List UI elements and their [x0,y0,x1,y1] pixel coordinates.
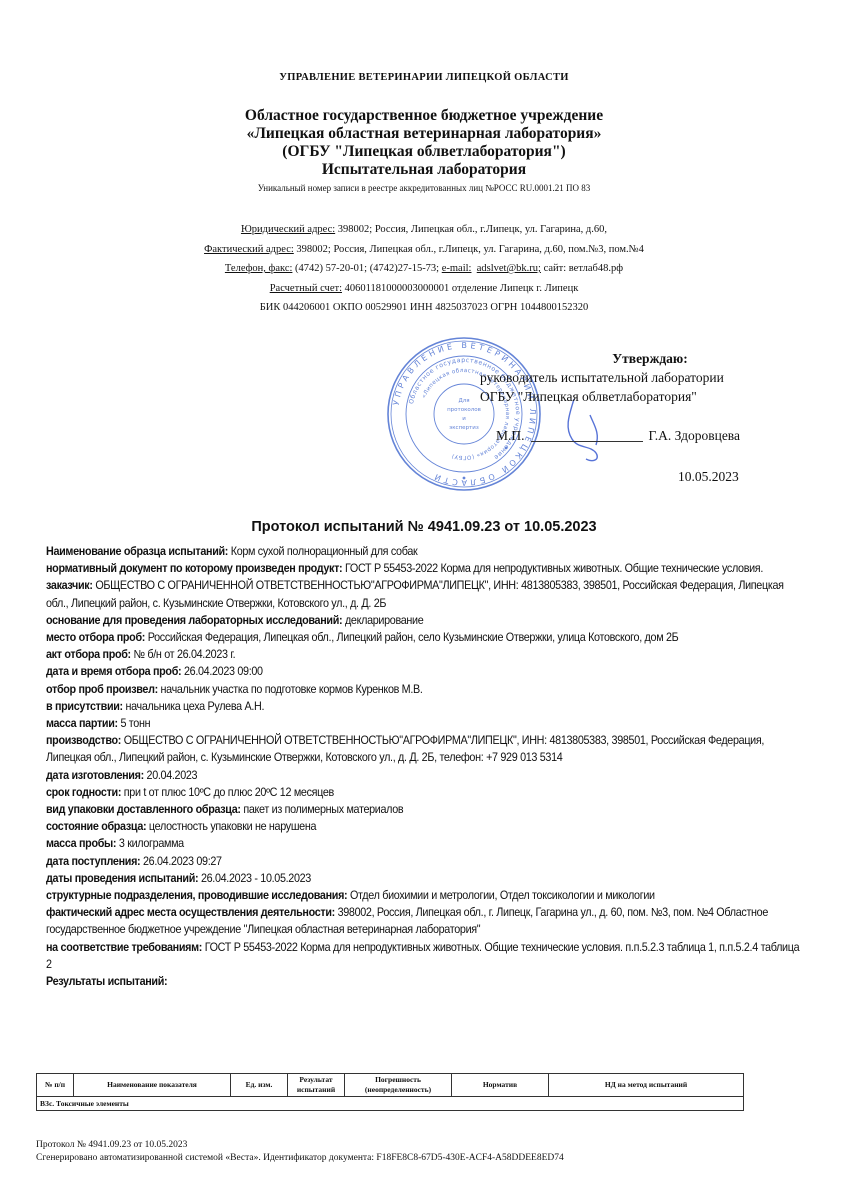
field-value: ОБЩЕСТВО С ОГРАНИЧЕННОЙ ОТВЕТСТВЕННОСТЬЮ… [46,579,784,609]
field-value: целостность упаковки не нарушена [146,820,316,833]
email-label: e-mail: [442,263,472,274]
account-label: Расчетный счет: [270,283,342,294]
page-footer: Протокол № 4941.09.23 от 10.05.2023 Сген… [36,1139,564,1165]
field-value: при t от плюс 10ºC до плюс 20ºC 12 месяц… [121,786,334,799]
field-value: Российская Федерация, Липецкая обл., Лип… [145,631,678,644]
protocol-title: Протокол испытаний № 4941.09.23 от 10.05… [0,519,848,535]
table-header-row: № п/п Наименование показателя Ед. изм. Р… [37,1074,744,1097]
approval-date: 10.05.2023 [678,467,739,486]
field-sampling-act: акт отбора проб: № б/н от 26.04.2023 г. [46,646,806,663]
organization-title: Областное государственное бюджетное учре… [0,107,848,179]
svg-text:протоколов: протоколов [447,407,481,413]
field-value: Корм сухой полнорационный для собак [228,545,417,558]
field-label: отбор проб произвел: [46,683,158,696]
results-heading: Результаты испытаний: [46,973,806,990]
email-link[interactable]: adslvet@bk.ru; [477,263,541,274]
field-receipt-date: дата поступления: 26.04.2023 09:27 [46,853,806,870]
field-label: масса пробы: [46,837,116,850]
footer-generated-by: Сгенерировано автоматизированной системо… [36,1152,564,1165]
approver-position-1: руководитель испытательной лаборатории [480,368,810,387]
actual-address: Фактический адрес: 398002; Россия, Липец… [0,240,848,260]
col-result: Результат испытаний [288,1074,345,1097]
field-label: дата и время отбора проб: [46,665,181,678]
field-label: заказчик: [46,579,93,592]
org-line: Испытательная лаборатория [0,161,848,179]
col-number: № п/п [37,1074,74,1097]
legal-address-value: 398002; Россия, Липецкая обл., г.Липецк,… [335,224,607,235]
field-sample-name: Наименование образца испытаний: Корм сух… [46,543,806,560]
results-table: № п/п Наименование показателя Ед. изм. Р… [36,1073,744,1111]
field-in-presence: в присутствии: начальника цеха Рулева А.… [46,698,806,715]
field-label: место отбора проб: [46,631,145,644]
col-indicator: Наименование показателя [74,1074,231,1097]
field-label: срок годности: [46,786,121,799]
legal-address: Юридический адрес: 398002; Россия, Липец… [0,220,848,240]
field-batch-mass: масса партии: 5 тонн [46,715,806,732]
col-method-doc: НД на метод испытаний [549,1074,744,1097]
field-shelf-life: срок годности: при t от плюс 10ºC до плю… [46,784,806,801]
field-label: акт отбора проб: [46,648,131,661]
field-label: нормативный документ по которому произве… [46,562,342,575]
site-value: сайт: ветлаб48.рф [541,263,623,274]
field-manufacturer: производство: ОБЩЕСТВО С ОГРАНИЧЕННОЙ ОТ… [46,732,806,766]
org-line: Областное государственное бюджетное учре… [0,107,848,125]
field-label: на соответствие требованиям: [46,941,202,954]
field-value: 26.04.2023 - 10.05.2023 [198,872,311,885]
col-uncertainty: Погрешность (неопределенность) [345,1074,452,1097]
field-normative-doc: нормативный документ по которому произве… [46,560,806,577]
field-sampled-by: отбор проб произвел: начальник участка п… [46,681,806,698]
signature-underline [531,441,643,442]
phone-value: (4742) 57-20-01; (4742)27-15-73; [292,263,441,274]
org-line: (ОГБУ "Липецкая облветлаборатория") [0,143,848,161]
account-value: 40601181000003000001 отделение Липецк г.… [342,283,578,294]
svg-text:экспертиз: экспертиз [449,425,479,431]
field-label: вид упаковки доставленного образца: [46,803,241,816]
footer-protocol-ref: Протокол № 4941.09.23 от 10.05.2023 [36,1139,564,1152]
field-label: производство: [46,734,121,747]
field-packaging: вид упаковки доставленного образца: паке… [46,801,806,818]
phone-label: Телефон, факс: [225,263,293,274]
phone-line: Телефон, факс: (4742) 57-20-01; (4742)27… [0,259,848,279]
seal-label: М.П. [496,426,525,445]
field-label: масса партии: [46,717,118,730]
field-label: состояние образца: [46,820,146,833]
contact-block: Юридический адрес: 398002; Россия, Липец… [0,220,848,318]
field-basis: основание для проведения лабораторных ис… [46,612,806,629]
protocol-fields: Наименование образца испытаний: Корм сух… [46,543,806,990]
field-label: даты проведения испытаний: [46,872,198,885]
field-value: № б/н от 26.04.2023 г. [131,648,235,661]
field-label: дата поступления: [46,855,140,868]
approval-title: Утверждаю: [490,349,810,368]
field-value: Отдел биохимии и метрологии, Отдел токси… [347,889,654,902]
field-value: начальник участка по подготовке кормов К… [158,683,423,696]
field-label: в присутствии: [46,700,123,713]
field-value: 3 килограмма [116,837,184,850]
field-label: основание для проведения лабораторных ис… [46,614,342,627]
registry-number: Уникальный номер записи в реестре аккред… [0,183,848,193]
ministry-heading: УПРАВЛЕНИЕ ВЕТЕРИНАРИИ ЛИПЕЦКОЙ ОБЛАСТИ [0,72,848,83]
protocol-page: УПРАВЛЕНИЕ ВЕТЕРИНАРИИ ЛИПЕЦКОЙ ОБЛАСТИ … [0,0,848,1200]
approver-name: Г.А. Здоровцева [649,426,740,445]
actual-address-value: 398002; Россия, Липецкая обл., г.Липецк,… [294,244,644,255]
signature-line: М.П. Г.А. Здоровцева [480,426,810,445]
field-value: начальника цеха Рулева А.Н. [123,700,264,713]
actual-address-label: Фактический адрес: [204,244,294,255]
field-label: структурные подразделения, проводившие и… [46,889,347,902]
codes-line: БИК 044206001 ОКПО 00529901 ИНН 48250370… [0,298,848,318]
approval-block: Утверждаю: руководитель испытательной ла… [480,349,810,445]
field-value: ГОСТ Р 55453-2022 Корма для непродуктивн… [342,562,763,575]
field-value: ОБЩЕСТВО С ОГРАНИЧЕННОЙ ОТВЕТСТВЕННОСТЬЮ… [46,734,764,764]
field-label: Наименование образца испытаний: [46,545,228,558]
field-value: 20.04.2023 [144,769,197,782]
svg-text:Для: Для [458,398,469,404]
field-sampling-datetime: дата и время отбора проб: 26.04.2023 09:… [46,663,806,680]
svg-text:и: и [462,416,466,422]
field-activity-address: фактический адрес места осуществления де… [46,904,806,938]
group-row-toxic-elements: ВЗс. Токсичные элементы [37,1097,744,1111]
field-value: 26.04.2023 09:00 [181,665,262,678]
field-label: дата изготовления: [46,769,144,782]
field-sample-mass: масса пробы: 3 килограмма [46,835,806,852]
account-line: Расчетный счет: 40601181000003000001 отд… [0,279,848,299]
field-production-date: дата изготовления: 20.04.2023 [46,767,806,784]
col-unit: Ед. изм. [231,1074,288,1097]
approver-position-2: ОГБУ "Липецкая облветлаборатория" [480,387,810,406]
field-sample-condition: состояние образца: целостность упаковки … [46,818,806,835]
field-departments: структурные подразделения, проводившие и… [46,887,806,904]
field-customer: заказчик: ОБЩЕСТВО С ОГРАНИЧЕННОЙ ОТВЕТС… [46,577,806,611]
field-test-dates: даты проведения испытаний: 26.04.2023 - … [46,870,806,887]
field-compliance: на соответствие требованиям: ГОСТ Р 5545… [46,939,806,973]
legal-address-label: Юридический адрес: [241,224,335,235]
table-row: ВЗс. Токсичные элементы [37,1097,744,1111]
col-norm: Норматив [452,1074,549,1097]
field-sampling-place: место отбора проб: Российская Федерация,… [46,629,806,646]
field-value: пакет из полимерных материалов [241,803,404,816]
field-value: 5 тонн [118,717,150,730]
field-label: фактический адрес места осуществления де… [46,906,335,919]
field-value: декларирование [342,614,423,627]
field-value: 26.04.2023 09:27 [140,855,221,868]
org-line: «Липецкая областная ветеринарная лаборат… [0,125,848,143]
